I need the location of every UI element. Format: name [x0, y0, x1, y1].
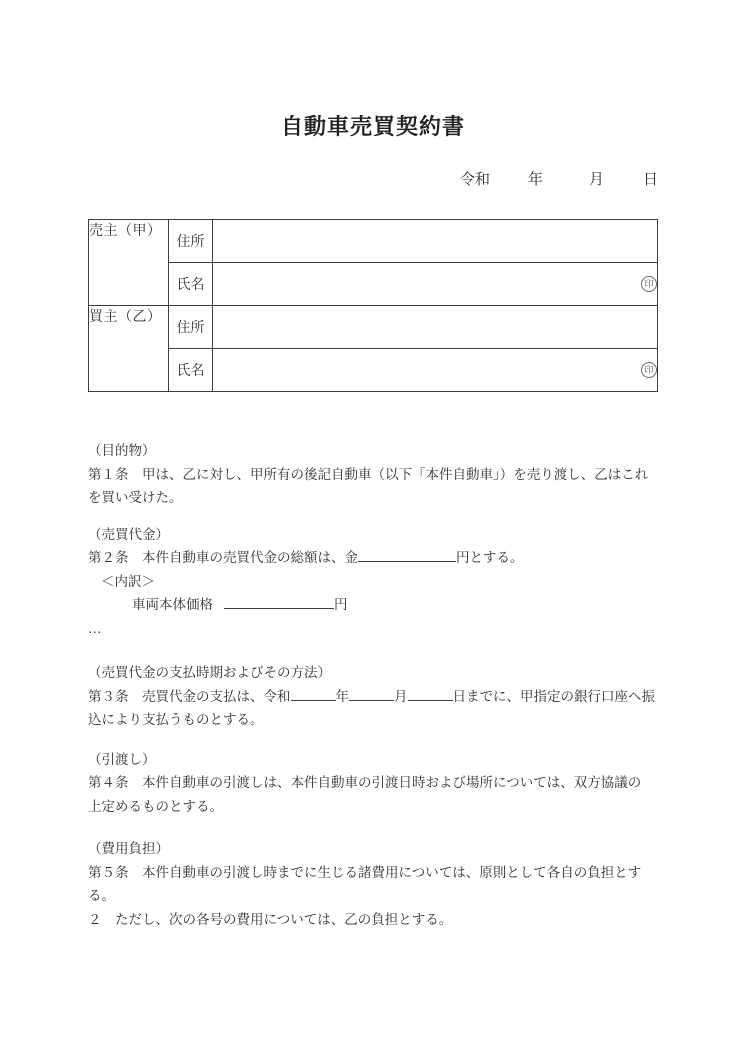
article-1-line-1: 第１条 甲は、乙に対し、甲所有の後記自動車（以下「本件自動車」）を売り渡し、乙は… [88, 463, 658, 487]
seal-character: 印 [644, 366, 653, 375]
article-1-line-2: を買い受けた。 [88, 486, 658, 510]
date-line: 令和 年 月 日 [88, 169, 658, 191]
article-2-line-1: 第２条 本件自動車の売買代金の総額は、金円とする。 [88, 546, 658, 570]
section-heading: （売買代金） [88, 523, 658, 547]
year-label: 年 [528, 169, 543, 191]
article-3-line-2: 込により支払うものとする。 [88, 708, 658, 732]
amount-text-before: 第２条 本件自動車の売買代金の総額は、金 [88, 550, 358, 565]
total-amount-blank [358, 549, 456, 562]
seller-seal-icon: 印 [641, 276, 657, 292]
article-5-clause-2: ２ ただし、次の各号の費用については、乙の負担とする。 [88, 908, 658, 932]
section-heading: （売買代金の支払時期およびその方法） [88, 661, 658, 685]
day-label: 日 [643, 169, 658, 191]
table-row: 買主（乙） 住所 [89, 306, 658, 349]
payment-year-blank [291, 688, 336, 701]
buyer-party-cell: 買主（乙） [89, 306, 169, 392]
seller-party-label: 売主（甲） [89, 224, 162, 239]
payment-text-3: 月 [394, 689, 408, 704]
section-delivery: （引渡し） 第４条 本件自動車の引渡しは、本件自動車の引渡日時および場所について… [88, 748, 658, 819]
section-heading: （費用負担） [88, 837, 658, 861]
vehicle-price-blank [224, 596, 334, 609]
seller-address-value [213, 220, 658, 263]
seller-name-value: 印 [213, 263, 658, 306]
payment-text-1: 第３条 売買代金の支払は、令和 [88, 689, 291, 704]
amount-text-after: 円とする。 [456, 550, 524, 565]
contract-document-page: 自動車売買契約書 令和 年 月 日 売主（甲） 住所 [0, 0, 745, 1053]
era-label: 令和 [460, 169, 490, 191]
vehicle-price-unit: 円 [334, 597, 348, 612]
seller-name-label: 氏名 [169, 263, 213, 306]
section-heading: （目的物） [88, 439, 658, 463]
payment-day-blank [408, 688, 453, 701]
seller-address-label: 住所 [169, 220, 213, 263]
buyer-name-value: 印 [213, 349, 658, 392]
article-5-line-2: る。 [88, 884, 658, 908]
breakdown-heading: ＜内訳＞ [88, 570, 658, 594]
payment-text-2: 年 [336, 689, 350, 704]
article-3-line-1: 第３条 売買代金の支払は、令和年月日までに、甲指定の銀行口座へ振 [88, 685, 658, 709]
page-title: 自動車売買契約書 [88, 112, 658, 142]
parties-table: 売主（甲） 住所 氏名 印 買主（乙） [88, 219, 658, 392]
article-5-line-1: 第５条 本件自動車の引渡し時までに生じる諸費用については、原則として各自の負担と… [88, 861, 658, 885]
seller-party-cell: 売主（甲） [89, 220, 169, 306]
seal-character: 印 [644, 280, 653, 289]
article-4-line-1: 第４条 本件自動車の引渡しは、本件自動車の引渡日時および場所については、双方協議… [88, 771, 658, 795]
table-row: 氏名 印 [89, 263, 658, 306]
vehicle-price-line: 車両本体価格円 [88, 593, 658, 617]
table-row: 氏名 印 [89, 349, 658, 392]
payment-month-blank [349, 688, 394, 701]
table-row: 売主（甲） 住所 [89, 220, 658, 263]
section-price: （売買代金） 第２条 本件自動車の売買代金の総額は、金円とする。 ＜内訳＞ 車両… [88, 523, 658, 641]
month-label: 月 [589, 169, 604, 191]
payment-text-4: 日までに、甲指定の銀行口座へ振 [453, 689, 656, 704]
buyer-address-value [213, 306, 658, 349]
section-payment: （売買代金の支払時期およびその方法） 第３条 売買代金の支払は、令和年月日までに… [88, 661, 658, 732]
contract-body: （目的物） 第１条 甲は、乙に対し、甲所有の後記自動車（以下「本件自動車」）を売… [88, 439, 658, 931]
ellipsis-line: … [88, 617, 658, 641]
section-purpose: （目的物） 第１条 甲は、乙に対し、甲所有の後記自動車（以下「本件自動車」）を売… [88, 439, 658, 510]
document-content: 自動車売買契約書 令和 年 月 日 売主（甲） 住所 [88, 0, 658, 931]
section-heading: （引渡し） [88, 748, 658, 772]
buyer-party-label: 買主（乙） [89, 310, 162, 325]
buyer-address-label: 住所 [169, 306, 213, 349]
vehicle-price-label: 車両本体価格 [132, 597, 213, 612]
section-costs: （費用負担） 第５条 本件自動車の引渡し時までに生じる諸費用については、原則とし… [88, 837, 658, 931]
buyer-name-label: 氏名 [169, 349, 213, 392]
article-4-line-2: 上定めるものとする。 [88, 795, 658, 819]
buyer-seal-icon: 印 [641, 362, 657, 378]
